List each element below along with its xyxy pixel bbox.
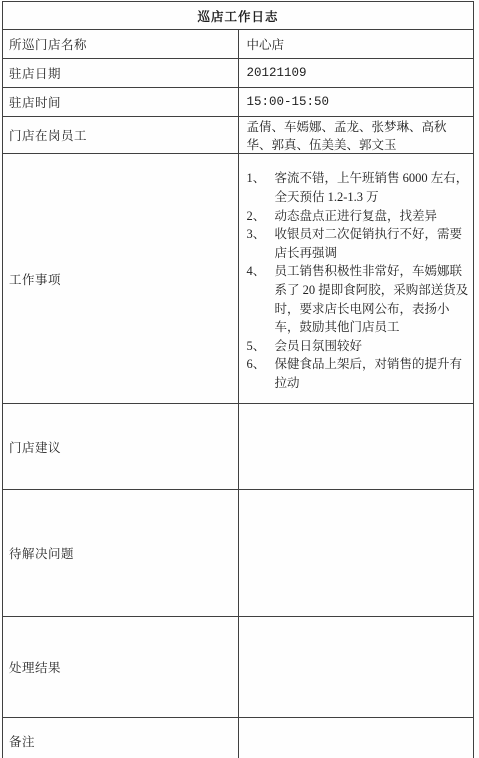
date-value: 20121109	[238, 59, 474, 88]
staff-value: 孟倩、车嫣娜、孟龙、张梦琳、高秋华、郭真、伍美美、郭文玉	[238, 117, 474, 154]
table-row-store-name: 所巡门店名称 中心店	[3, 30, 474, 59]
time-value: 15:00-15:50	[238, 88, 474, 117]
table-row-remarks: 备注	[3, 718, 474, 758]
inspection-log-table: 巡店工作日志 所巡门店名称 中心店 驻店日期 20121109 驻店时间 15:…	[2, 1, 474, 758]
remarks-value	[238, 718, 474, 758]
work-item-6: 6、 保健食品上架后，对销售的提升有拉动	[247, 355, 470, 392]
suggestions-value	[238, 404, 474, 490]
work-item-2-number: 2、	[247, 207, 275, 226]
remarks-label: 备注	[3, 718, 239, 758]
staff-label: 门店在岗员工	[3, 117, 239, 154]
inspection-log-document: 巡店工作日志 所巡门店名称 中心店 驻店日期 20121109 驻店时间 15:…	[0, 0, 479, 758]
work-item-6-number: 6、	[247, 355, 275, 374]
date-label: 驻店日期	[3, 59, 239, 88]
work-item-1-number: 1、	[247, 169, 275, 188]
handling-result-label: 处理结果	[3, 617, 239, 718]
table-row-pending-issues: 待解决问题	[3, 490, 474, 617]
title-row: 巡店工作日志	[3, 2, 474, 30]
work-item-2: 2、 动态盘点正进行复盘，找差异	[247, 207, 470, 226]
work-item-1: 1、 客流不错，上午班销售 6000 左右，全天预估 1.2-1.3 万	[247, 169, 470, 206]
table-row-work-items: 工作事项 1、 客流不错，上午班销售 6000 左右，全天预估 1.2-1.3 …	[3, 154, 474, 404]
work-item-5-text: 会员日氛围较好	[275, 337, 470, 356]
time-label: 驻店时间	[3, 88, 239, 117]
handling-result-value	[238, 617, 474, 718]
work-item-3-number: 3、	[247, 225, 275, 244]
work-item-6-text: 保健食品上架后，对销售的提升有拉动	[275, 355, 470, 392]
store-name-label: 所巡门店名称	[3, 30, 239, 59]
work-item-4-text: 员工销售积极性非常好，车嫣娜联系了 20 提即食阿胶，采购部送货及时，要求店长电…	[275, 262, 470, 336]
work-item-5: 5、 会员日氛围较好	[247, 337, 470, 356]
work-item-2-text: 动态盘点正进行复盘，找差异	[275, 207, 470, 226]
work-item-5-number: 5、	[247, 337, 275, 356]
work-item-4: 4、 员工销售积极性非常好，车嫣娜联系了 20 提即食阿胶，采购部送货及时，要求…	[247, 262, 470, 336]
work-items-list: 1、 客流不错，上午班销售 6000 左右，全天预估 1.2-1.3 万 2、 …	[238, 154, 474, 404]
work-item-3: 3、 收银员对二次促销执行不好，需要店长再强调	[247, 225, 470, 262]
work-item-4-number: 4、	[247, 262, 275, 281]
work-item-1-text: 客流不错，上午班销售 6000 左右，全天预估 1.2-1.3 万	[275, 169, 470, 206]
work-item-3-text: 收银员对二次促销执行不好，需要店长再强调	[275, 225, 470, 262]
table-row-time: 驻店时间 15:00-15:50	[3, 88, 474, 117]
table-row-date: 驻店日期 20121109	[3, 59, 474, 88]
store-name-value: 中心店	[238, 30, 474, 59]
pending-issues-label: 待解决问题	[3, 490, 239, 617]
pending-issues-value	[238, 490, 474, 617]
table-row-staff: 门店在岗员工 孟倩、车嫣娜、孟龙、张梦琳、高秋华、郭真、伍美美、郭文玉	[3, 117, 474, 154]
table-row-handling-result: 处理结果	[3, 617, 474, 718]
work-items-label: 工作事项	[3, 154, 239, 404]
table-row-suggestions: 门店建议	[3, 404, 474, 490]
document-title: 巡店工作日志	[3, 2, 474, 30]
suggestions-label: 门店建议	[3, 404, 239, 490]
